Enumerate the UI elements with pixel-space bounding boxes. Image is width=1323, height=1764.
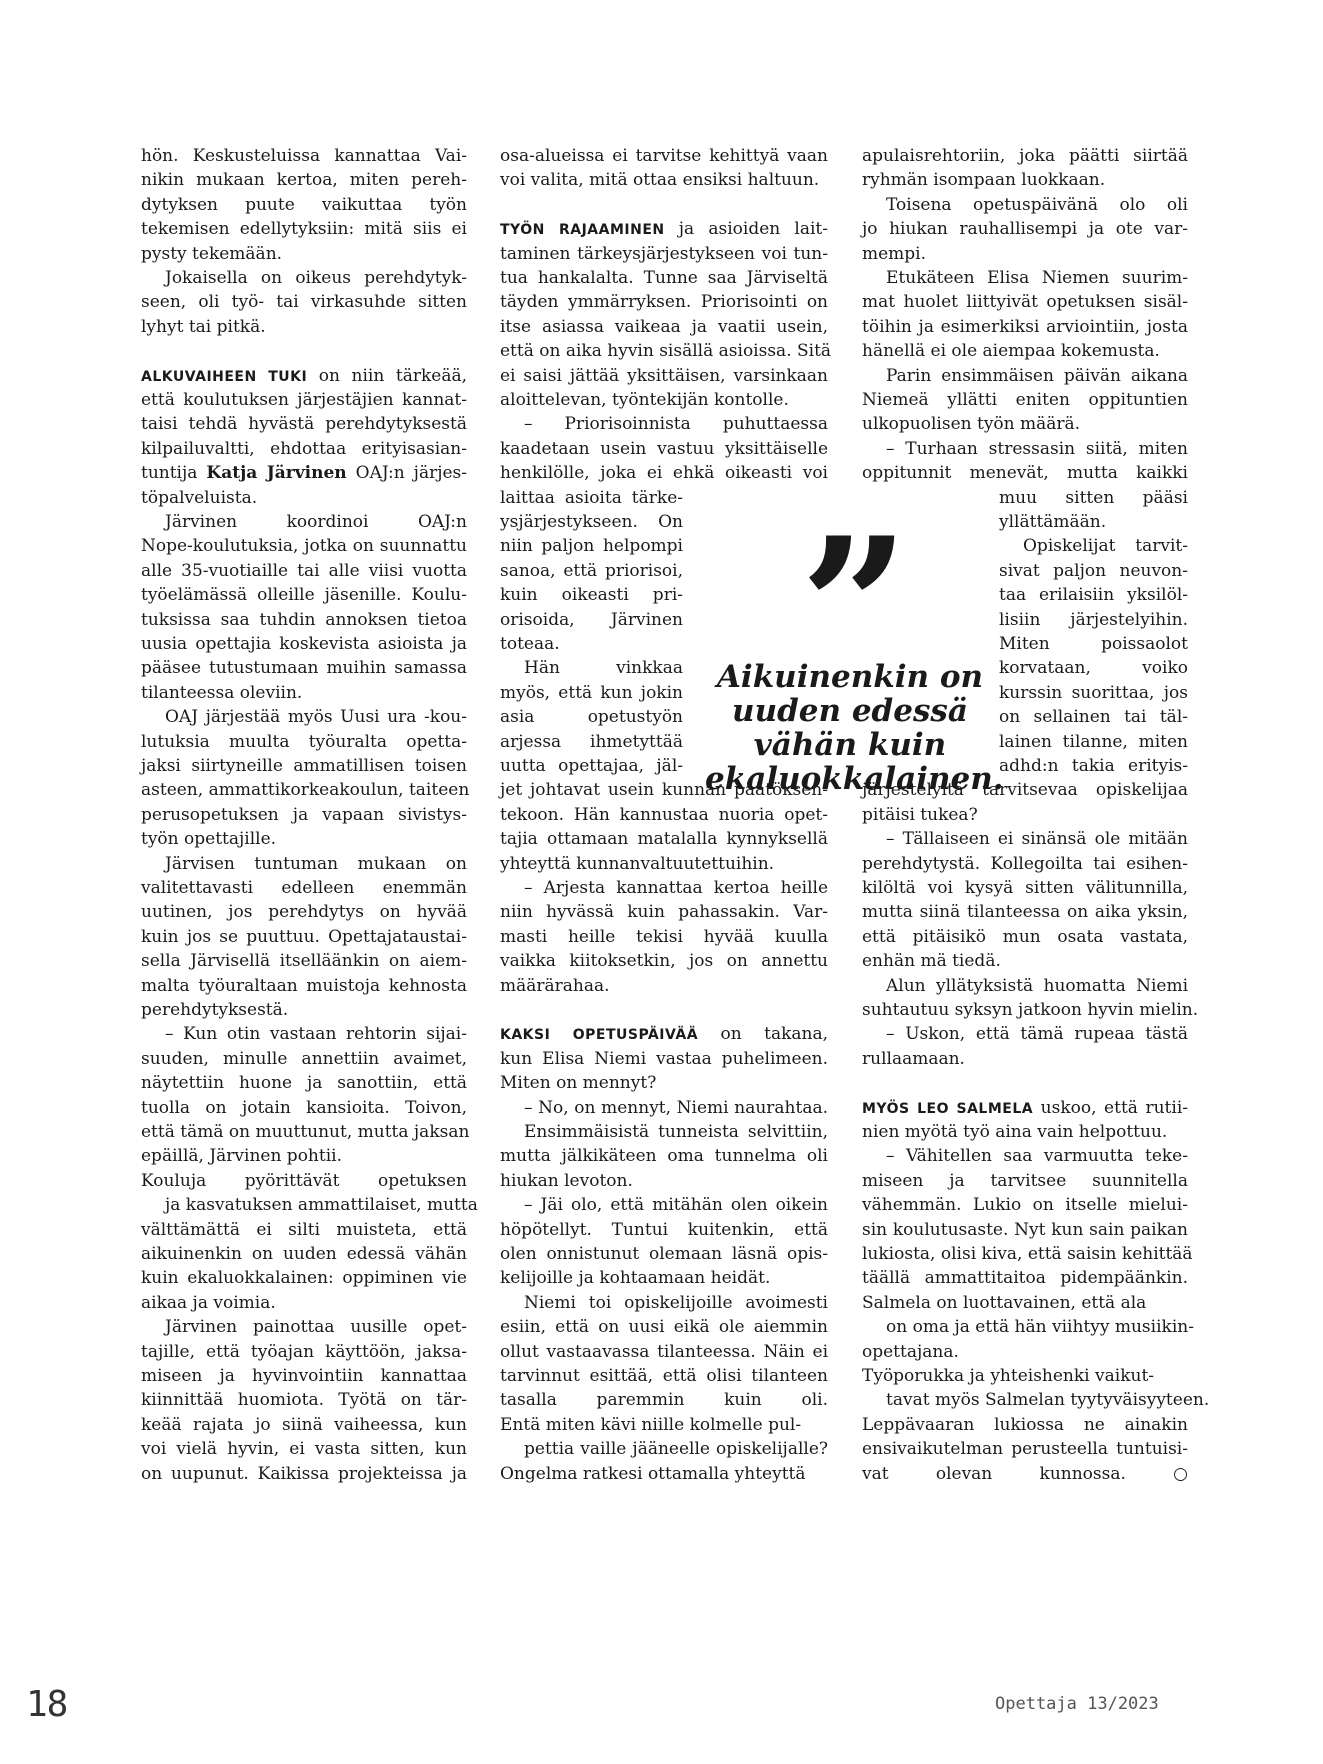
article-line: miseen ja hyvinvointiin kannattaa [141, 1364, 467, 1388]
article-line: perehdytystä. Kollegoilta tai esihen- [862, 852, 1188, 876]
article-line: OAJ järjestää myös Uusi ura -kou- [165, 705, 467, 729]
article-line: lisiin järjestelyihin. [999, 608, 1188, 632]
article-line: perehdytyksestä. [141, 998, 467, 1022]
article-line: taminen tärkeysjärjestykseen voi tun- [500, 242, 828, 266]
article-line: oppitunnit menevät, mutta kaikki [862, 461, 1188, 485]
article-line: Etukäteen Elisa Niemen suurim- [886, 266, 1188, 290]
article-line: ollut vastaavassa tilanteessa. Näin ei [500, 1340, 828, 1364]
article-line: suhtautuu syksyn jatkoon hyvin mielin. [862, 998, 1188, 1022]
article-line: KAKSI OPETUSPÄIVÄÄ on takana, [500, 1022, 828, 1046]
article-line [862, 1071, 1188, 1095]
article-line: Niemeä yllätti eniten oppituntien [862, 388, 1188, 412]
article-line: tekemisen edellytyksiin: mitä siis ei [141, 217, 467, 241]
article-line: pysty tekemään. [141, 242, 467, 266]
article-line: työn opettajille. [141, 827, 467, 851]
article-line: uutta opettajaa, jäl- [500, 754, 683, 778]
article-line: – Vähitellen saa varmuutta teke- [886, 1144, 1188, 1168]
article-line: yhteyttä kunnanvaltuutettuihin. [500, 852, 828, 876]
article-line: että pitäisikö mun osata vastata, [862, 925, 1188, 949]
article-line: korvataan, voiko [999, 656, 1188, 680]
article-line: enhän mä tiedä. [862, 949, 1188, 973]
article-line: suuden, minulle annettiin avaimet, [141, 1047, 467, 1071]
article-line: – Uskon, että tämä rupeaa tästä [886, 1022, 1188, 1046]
article-line: asia opetustyön [500, 705, 683, 729]
article-line: – Priorisoinnista puhuttaessa [524, 412, 828, 436]
issue-label: Opettaja 13/2023 [995, 1694, 1159, 1714]
article-line: lyhyt tai pitkä. [141, 315, 467, 339]
article-line: alle 35-vuotiaille tai alle viisi vuotta [141, 559, 467, 583]
article-line: että koulutuksen järjestäjien kannat- [141, 388, 467, 412]
article-line: kurssin suorittaa, jos [999, 681, 1188, 705]
article-line: niin paljon helpompi [500, 534, 683, 558]
quote-mark-icon: ” [800, 548, 909, 648]
article-line: tuntija Katja Järvinen OAJ:n järjes- [141, 461, 467, 485]
article-line: nikin mukaan kertoa, miten pereh- [141, 168, 467, 192]
article-line: jaksi siirtyneille ammatillisen toisen [141, 754, 467, 778]
article-line: Järvinen painottaa uusille opet- [165, 1315, 467, 1339]
article-line: yllättämään. [999, 510, 1188, 534]
article-line: täällä ammattitaitoa pidempäänkin. [862, 1266, 1188, 1290]
article-line: aloittelevan, työntekijän kontolle. [500, 388, 828, 412]
article-line: lukiosta, olisi kiva, että saisin kehitt… [862, 1242, 1188, 1266]
article-line: että on aika hyvin sisällä asioissa. Sit… [500, 339, 828, 363]
article-line: nien myötä työ aina vain helpottuu. [862, 1120, 1188, 1144]
article-line: ja kasvatuksen ammattilaiset, mutta [165, 1193, 467, 1217]
article-line: uusia opettajia koskevista asioista ja [141, 632, 467, 656]
article-line: – Kun otin vastaan rehtorin sijai- [165, 1022, 467, 1046]
article-line: hön. Keskusteluissa kannattaa Vai- [141, 144, 467, 168]
article-line: Järvinen koordinoi OAJ:n [165, 510, 467, 534]
page-number: 18 [26, 1684, 67, 1725]
article-line: asteen, ammattikorkeakoulun, taiteen [141, 778, 467, 802]
article-line: taisi tehdä hyvästä perehdytyksestä [141, 412, 467, 436]
article-line: Ensimmäisistä tunneista selvittiin, [524, 1120, 828, 1144]
article-line: Opiskelijat tarvit- [1023, 534, 1188, 558]
article-line: muu sitten pääsi [999, 486, 1188, 510]
article-line: Kouluja pyörittävät opetuksen [141, 1169, 467, 1193]
article-line: ysjärjestykseen. On [500, 510, 683, 534]
article-line: osa-alueissa ei tarvitse kehittyä vaan [500, 144, 828, 168]
person-name: Katja Järvinen [206, 463, 346, 483]
article-line: niin hyvässä kuin pahassakin. Var- [500, 900, 828, 924]
article-line: pitäisi tukea? [862, 803, 1188, 827]
article-line: malta työuraltaan muistoja kehnosta [141, 974, 467, 998]
article-line: seen, oli työ- tai virkasuhde sitten [141, 290, 467, 314]
article-line: aikaa ja voimia. [141, 1291, 467, 1315]
article-line: ensivaikutelman perusteella tuntuisi- [862, 1437, 1188, 1461]
pull-quote-line: Aikuinenkin on [705, 660, 995, 694]
article-line: valitettavasti edelleen enemmän [141, 876, 467, 900]
article-line: apulaisrehtoriin, joka päätti siirtää [862, 144, 1188, 168]
article-line: miseen ja tarvitsee suunnitella [862, 1169, 1188, 1193]
article-line: Järvisen tuntuman mukaan on [165, 852, 467, 876]
article-line: epäillä, Järvinen pohtii. [141, 1144, 467, 1168]
article-line: vaikka kiitoksetkin, jos on annettu [500, 949, 828, 973]
article-line: tilanteessa oleviin. [141, 681, 467, 705]
article-line: ryhmän isompaan luokkaan. [862, 168, 1188, 192]
article-line: kun Elisa Niemi vastaa puhelimeen. [500, 1047, 828, 1071]
article-line: – Arjesta kannattaa kertoa heille [524, 876, 828, 900]
article-line: Jokaisella on oikeus perehdytyk- [165, 266, 467, 290]
article-line: – Tällaiseen ei sinänsä ole mitään [886, 827, 1188, 851]
article-line: Nope-koulutuksia, jotka on suunnattu [141, 534, 467, 558]
article-line: ALKUVAIHEEN TUKI on niin tärkeää, [141, 364, 467, 388]
article-line: aikuinenkin on uuden edessä vähän [141, 1242, 467, 1266]
section-lead-in: ALKUVAIHEEN TUKI [141, 369, 307, 385]
article-line: Hän vinkkaa [524, 656, 683, 680]
article-line: esiin, että on uusi eikä ole aiemmin [500, 1315, 828, 1339]
article-line: että tämä on muuttunut, mutta jaksan [141, 1120, 467, 1144]
article-line: mutta siinä tilanteessa on aika yksin, [862, 900, 1188, 924]
article-line: dytyksen puute vaikuttaa työn [141, 193, 467, 217]
article-line: Miten on mennyt? [500, 1071, 828, 1095]
article-line: keää rajata jo siinä vaiheessa, kun [141, 1413, 467, 1437]
article-line: voi valita, mitä ottaa ensiksi haltuun. [500, 168, 828, 192]
article-line [500, 193, 828, 217]
article-line: itse asiassa vaikeaa ja vaatii usein, [500, 315, 828, 339]
article-line: sanoa, että priorisoi, [500, 559, 683, 583]
article-line: Parin ensimmäisen päivän aikana [886, 364, 1188, 388]
article-line: taa erilaisiin yksilöl- [999, 583, 1188, 607]
article-line: henkilölle, joka ei ehkä oikeasti voi [500, 461, 828, 485]
article-line: työelämässä olleille jäsenille. Koulu- [141, 583, 467, 607]
article-line: kilpailuvaltti, ehdottaa erityisasian- [141, 437, 467, 461]
article-line: tuolla on jotain kansioita. Toivon, [141, 1096, 467, 1120]
article-line: uutinen, jos perehdytys on hyvää [141, 900, 467, 924]
article-line: – Jäi olo, että mitähän olen oikein [524, 1193, 828, 1217]
pull-quote: Aikuinenkin on uuden edessä vähän kuin e… [705, 660, 995, 796]
article-line: näytettiin huone ja sanottiin, että [141, 1071, 467, 1095]
pull-quote-line: ekaluokkalainen. [705, 762, 995, 796]
section-lead-in: TYÖN RAJAAMINEN [500, 222, 665, 238]
article-line: Entä miten kävi niille kolmelle pul- [500, 1413, 828, 1437]
article-line: välttämättä ei silti muisteta, että [141, 1218, 467, 1242]
article-line: toteaa. [500, 632, 683, 656]
article-line: Niemi toi opiskelijoille avoimesti [524, 1291, 828, 1315]
article-line: ei saisi jättää yksittäisen, varsinkaan [500, 364, 828, 388]
article-line: on oma ja että hän viihtyy musiikin- [886, 1315, 1188, 1339]
article-line: kuin jos se puuttuu. Opettajataustai- [141, 925, 467, 949]
article-line: lutuksia muulta työuralta opetta- [141, 730, 467, 754]
article-line: vat olevan kunnossa. ○ [862, 1462, 1188, 1486]
article-line: hänellä ei ole aiempaa kokemusta. [862, 339, 1188, 363]
article-line: sella Järvisellä itselläänkin on aiem- [141, 949, 467, 973]
article-line: mempi. [862, 242, 1188, 266]
article-line: töpalveluista. [141, 486, 467, 510]
article-line: kilöltä voi kysyä sitten välitunnilla, [862, 876, 1188, 900]
article-line: lainen tilanne, miten [999, 730, 1188, 754]
article-line [500, 998, 828, 1022]
article-line: tuksissa saa tuhdin annoksen tietoa [141, 608, 467, 632]
article-line: jo hiukan rauhallisempi ja ote var- [862, 217, 1188, 241]
article-line [141, 339, 467, 363]
article-line: TYÖN RAJAAMINEN ja asioiden lait- [500, 217, 828, 241]
article-line: tasalla paremmin kuin oli. [500, 1388, 828, 1412]
article-line: hiukan levoton. [500, 1169, 828, 1193]
article-line: opettajana. [862, 1340, 1188, 1364]
article-line: töihin ja esimerkiksi arviointiin, josta [862, 315, 1188, 339]
article-line: höpötellyt. Tuntui kuitenkin, että [500, 1218, 828, 1242]
article-line: mutta jälkikäteen oma tunnelma oli [500, 1144, 828, 1168]
article-line: pääsee tutustumaan muihin samassa [141, 656, 467, 680]
article-line: tekoon. Hän kannustaa nuoria opet- [500, 803, 828, 827]
article-line: kiinnittää huomiota. Työtä on tär- [141, 1388, 467, 1412]
article-line: tavat myös Salmelan tyytyväisyyteen. [886, 1388, 1188, 1412]
article-line: orisoida, Järvinen [500, 608, 683, 632]
article-line: sin koulutusaste. Nyt kun sain paikan [862, 1218, 1188, 1242]
article-line: arjessa ihmetyttää [500, 730, 683, 754]
article-line: Salmela on luottavainen, että ala [862, 1291, 1188, 1315]
article-line: on sellainen tai täl- [999, 705, 1188, 729]
article-line: täyden ymmärryksen. Priorisointi on [500, 290, 828, 314]
article-line: Toisena opetuspäivänä olo oli [886, 193, 1188, 217]
article-line: myös, että kun jokin [500, 681, 683, 705]
article-line: kelijoille ja kohtaamaan heidät. [500, 1266, 828, 1290]
article-line: tajia ottamaan matalalla kynnyksellä [500, 827, 828, 851]
article-line: Alun yllätyksistä huomatta Niemi [886, 974, 1188, 998]
article-line: Leppävaaran lukiossa ne ainakin [862, 1413, 1188, 1437]
article-line: Työporukka ja yhteishenki vaikut- [862, 1364, 1188, 1388]
article-line: perusopetuksen ja vapaan sivistys- [141, 803, 467, 827]
article-line: olen onnistunut olemaan läsnä opis- [500, 1242, 828, 1266]
article-line: määrärahaa. [500, 974, 828, 998]
article-line: ulkopuolisen työn määrä. [862, 412, 1188, 436]
article-line: rullaamaan. [862, 1047, 1188, 1071]
article-line: sivat paljon neuvon- [999, 559, 1188, 583]
section-lead-in: MYÖS LEO SALMELA [862, 1101, 1033, 1117]
article-line: tajille, että työajan käyttöön, jaksa- [141, 1340, 467, 1364]
article-line: mat huolet liittyivät opetuksen sisäl- [862, 290, 1188, 314]
article-line: voi vielä hyvin, ei vasta sitten, kun [141, 1437, 467, 1461]
article-line: laittaa asioita tärke- [500, 486, 683, 510]
article-line: kuin oikeasti pri- [500, 583, 683, 607]
article-line: kaadetaan usein vastuu yksittäiselle [500, 437, 828, 461]
section-lead-in: KAKSI OPETUSPÄIVÄÄ [500, 1027, 698, 1043]
article-line: vähemmän. Lukio on itselle mielui- [862, 1193, 1188, 1217]
article-line: adhd:n takia erityis- [999, 754, 1188, 778]
article-line: masti heille tekisi hyvää kuulla [500, 925, 828, 949]
article-line: – Turhaan stressasin siitä, miten [886, 437, 1188, 461]
article-line: – No, on mennyt, Niemi naurahtaa. [524, 1096, 828, 1120]
article-line: Miten poissaolot [999, 632, 1188, 656]
article-line: pettia vaille jääneelle opiskelijalle? [524, 1437, 828, 1461]
article-line: tarvinnut esittää, että olisi tilanteen [500, 1364, 828, 1388]
article-line: on uupunut. Kaikissa projekteissa ja [141, 1462, 467, 1486]
article-line: kuin ekaluokkalainen: oppiminen vie [141, 1266, 467, 1290]
pull-quote-line: vähän kuin [705, 728, 995, 762]
article-line: MYÖS LEO SALMELA uskoo, että rutii- [862, 1096, 1188, 1120]
article-line: Ongelma ratkesi ottamalla yhteyttä [500, 1462, 828, 1486]
article-line: tua hankalalta. Tunne saa Järviseltä [500, 266, 828, 290]
pull-quote-line: uuden edessä [705, 694, 995, 728]
